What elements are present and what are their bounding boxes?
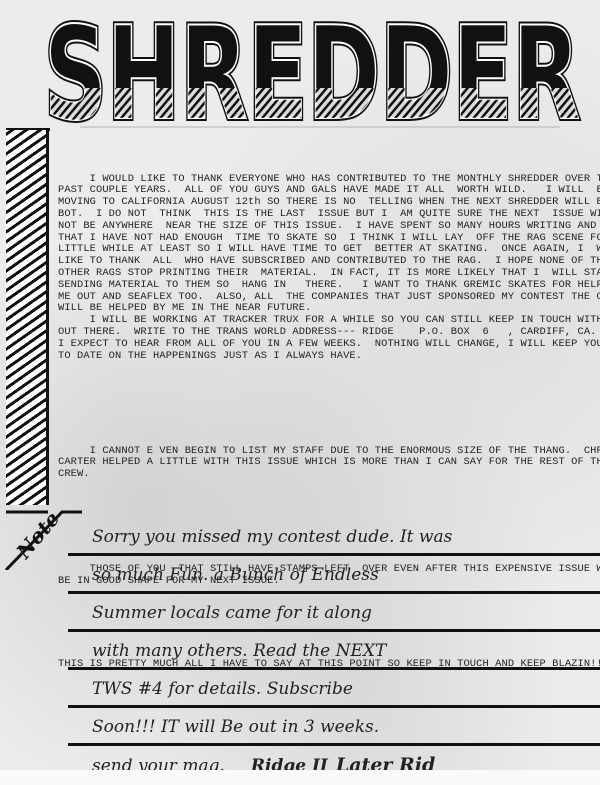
masthead-logo: SHREDDER SHREDDER SHREDDER [38, 10, 586, 128]
handwritten-line: Summer locals came for it along [68, 594, 600, 632]
typed-line: CARTER HELPED A LITTLE WITH THIS ISSUE W… [58, 457, 598, 469]
hatched-side-bar [6, 130, 49, 505]
handwritten-text: TWS #4 for details. Subscribe [92, 679, 353, 699]
handwritten-text: so much Fun. a Bunch of Endless [92, 565, 379, 585]
typed-line: OTHER RAGS STOP PRINTING THEIR MATERIAL.… [58, 268, 598, 280]
zine-page: SHREDDER SHREDDER SHREDDER I WOULD LIKE … [0, 0, 600, 785]
typed-line: TO DATE ON THE HAPPENINGS JUST AS I ALWA… [58, 351, 598, 363]
handwritten-line: Soon!!! IT will Be out in 3 weeks. [68, 708, 600, 746]
typed-line: OUT THERE. WRITE TO THE TRANS WORLD ADDR… [58, 327, 598, 339]
handwritten-text: Soon!!! IT will Be out in 3 weeks. [92, 717, 379, 737]
page-bottom-edge [0, 770, 600, 785]
typed-line: BOT. I DO NOT THINK THIS IS THE LAST ISS… [58, 209, 598, 221]
handwritten-text: with many others. Read the NEXT [92, 641, 386, 661]
handwritten-line: Sorry you missed my contest dude. It was [68, 518, 600, 556]
handwritten-line: with many others. Read the NEXT [68, 632, 600, 670]
typed-line: CREW. [58, 469, 598, 481]
paragraph-staff: I CANNOT E VEN BEGIN TO LIST MY STAFF DU… [58, 446, 598, 481]
typed-line: SENDING MATERIAL TO THEM SO HANG IN THER… [58, 280, 598, 292]
typed-line: NOT BE ANYWHERE NEAR THE SIZE OF THIS IS… [58, 221, 598, 233]
handwritten-text: Summer locals came for it along [92, 603, 372, 623]
handwritten-line: so much Fun. a Bunch of Endless [68, 556, 600, 594]
handwritten-note: Sorry you missed my contest dude. It was… [68, 518, 600, 784]
handwritten-line: TWS #4 for details. Subscribe [68, 670, 600, 708]
typed-line: I EXPECT TO HEAR FROM ALL OF YOU IN A FE… [58, 339, 598, 351]
handwritten-text: Sorry you missed my contest dude. It was [92, 527, 452, 547]
paragraph-thanks: I WOULD LIKE TO THANK EVERYONE WHO HAS C… [58, 174, 598, 363]
